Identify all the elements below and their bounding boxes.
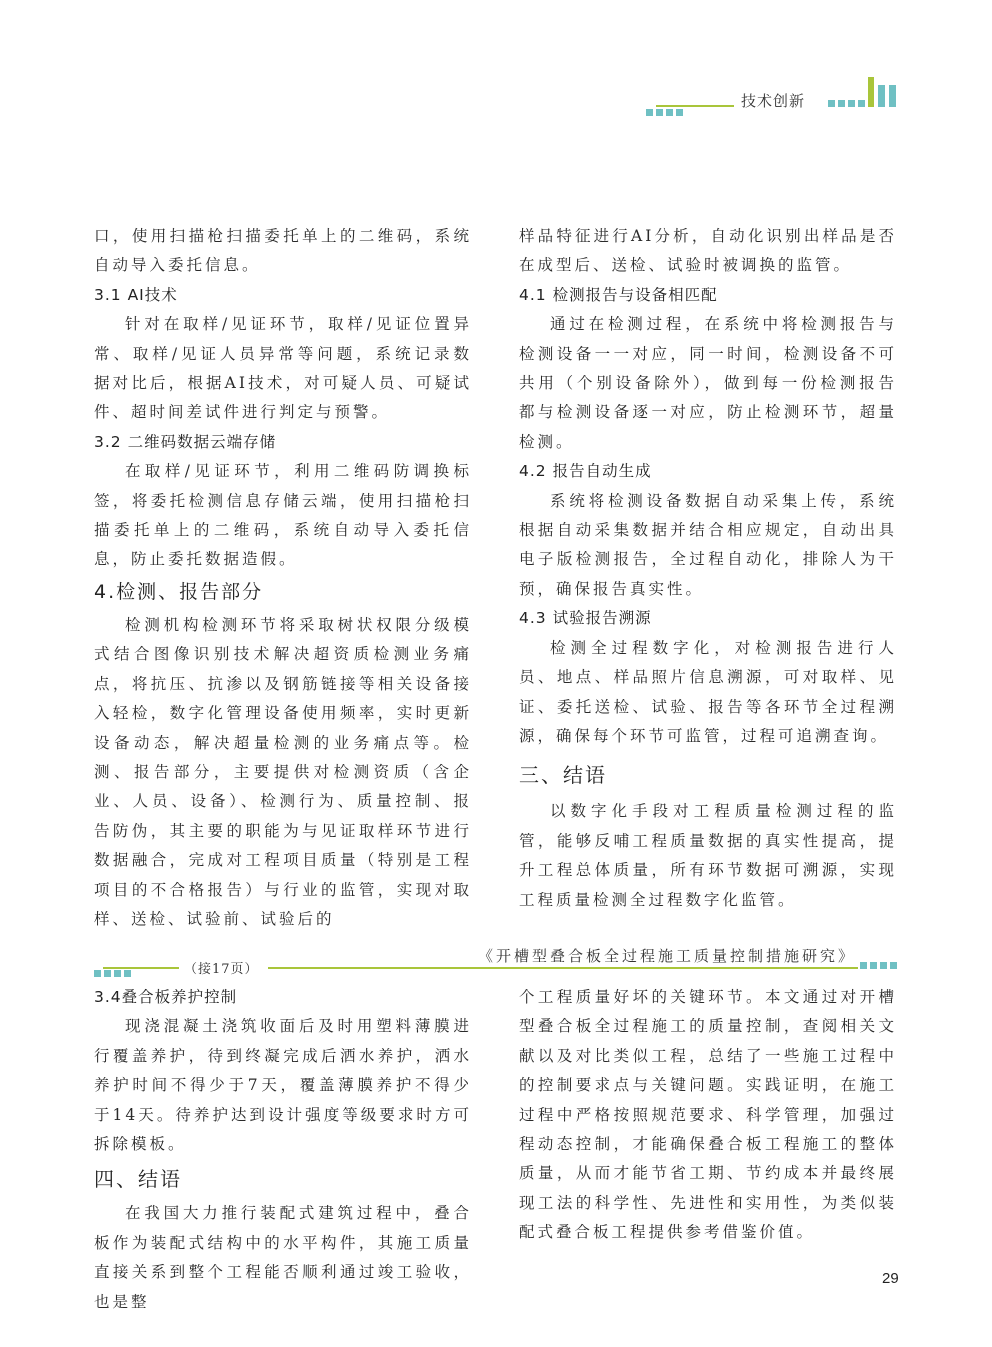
- paragraph: 在我国大力推行装配式建筑过程中，叠合板作为装配式结构中的水平构件，其施工质量直接…: [94, 1199, 472, 1317]
- paragraph: 以数字化手段对工程质量检测过程的监管，能够反哺工程质量数据的真实性提高，提升工程…: [519, 797, 897, 915]
- paragraph: 口，使用扫描枪扫描委托单上的二维码，系统自动导入委托信息。: [94, 222, 472, 281]
- separator-square: [870, 962, 877, 969]
- paragraph: 样品特征进行AI分析，自动化识别出样品是否在成型后、送检、试验时被调换的监管。: [519, 222, 897, 281]
- separator-square: [880, 962, 887, 969]
- heading-conclusion: 三、结语: [519, 757, 897, 793]
- paragraph: 在取样/见证环节，利用二维码防调换标签，将委托检测信息存储云端，使用扫描枪扫描委…: [94, 457, 472, 575]
- heading-4: 4.检测、报告部分: [94, 577, 472, 607]
- header-square: [676, 109, 683, 116]
- paragraph: 系统将检测设备数据自动采集上传，系统根据自动采集数据并结合相应规定，自动出具电子…: [519, 487, 897, 605]
- separator-square: [860, 962, 867, 969]
- top-right-column: 样品特征进行AI分析，自动化识别出样品是否在成型后、送检、试验时被调换的监管。 …: [519, 222, 897, 915]
- separator-rule-right: [268, 967, 858, 969]
- heading-4-2: 4.2 报告自动生成: [519, 457, 897, 486]
- section-label: 技术创新: [741, 90, 805, 111]
- heading-3-4: 3.4叠合板养护控制: [94, 983, 472, 1012]
- separator-rule-left: [103, 967, 179, 969]
- heading-conclusion: 四、结语: [94, 1161, 472, 1197]
- separator-square: [94, 970, 101, 977]
- heading-4-1: 4.1 检测报告与设备相匹配: [519, 281, 897, 310]
- paragraph: 通过在检测过程，在系统中将检测报告与检测设备一一对应，同一时间，检测设备不可共用…: [519, 310, 897, 457]
- top-left-column: 口，使用扫描枪扫描委托单上的二维码，系统自动导入委托信息。 3.1 AI技术 针…: [94, 222, 472, 934]
- heading-3-2: 3.2 二维码数据云端存储: [94, 428, 472, 457]
- header-square: [646, 109, 653, 116]
- header-rule: [656, 105, 734, 107]
- header-square: [656, 109, 663, 116]
- page-number: 29: [882, 1270, 899, 1287]
- separator-square: [890, 962, 897, 969]
- separator-square: [124, 970, 131, 977]
- paragraph: 检测机构检测环节将采取树状权限分级模式结合图像识别技术解决超资质检测业务痛点，将…: [94, 611, 472, 934]
- paragraph: 检测全过程数字化，对检测报告进行人员、地点、样品照片信息溯源，可对取样、见证、委…: [519, 634, 897, 752]
- paragraph: 针对在取样/见证环节，取样/见证位置异常、取样/见证人员异常等问题，系统记录数据…: [94, 310, 472, 428]
- bottom-left-column: 3.4叠合板养护控制 现浇混凝土浇筑收面后及时用塑料薄膜进行覆盖养护，待到终凝完…: [94, 983, 472, 1317]
- heading-3-1: 3.1 AI技术: [94, 281, 472, 310]
- bottom-right-column: 个工程质量好坏的关键环节。本文通过对开槽型叠合板全过程施工的质量控制，查阅相关文…: [519, 983, 897, 1248]
- separator-square: [114, 970, 121, 977]
- separator-square: [104, 970, 111, 977]
- paragraph: 现浇混凝土浇筑收面后及时用塑料薄膜进行覆盖养护，待到终凝完成后洒水养护，洒水养护…: [94, 1012, 472, 1159]
- continued-article-title: 《开槽型叠合板全过程施工质量控制措施研究》: [478, 945, 856, 966]
- continued-from-label: （接17页）: [184, 958, 259, 977]
- paragraph: 个工程质量好坏的关键环节。本文通过对开槽型叠合板全过程施工的质量控制，查阅相关文…: [519, 983, 897, 1248]
- heading-4-3: 4.3 试验报告溯源: [519, 604, 897, 633]
- header-square: [666, 109, 673, 116]
